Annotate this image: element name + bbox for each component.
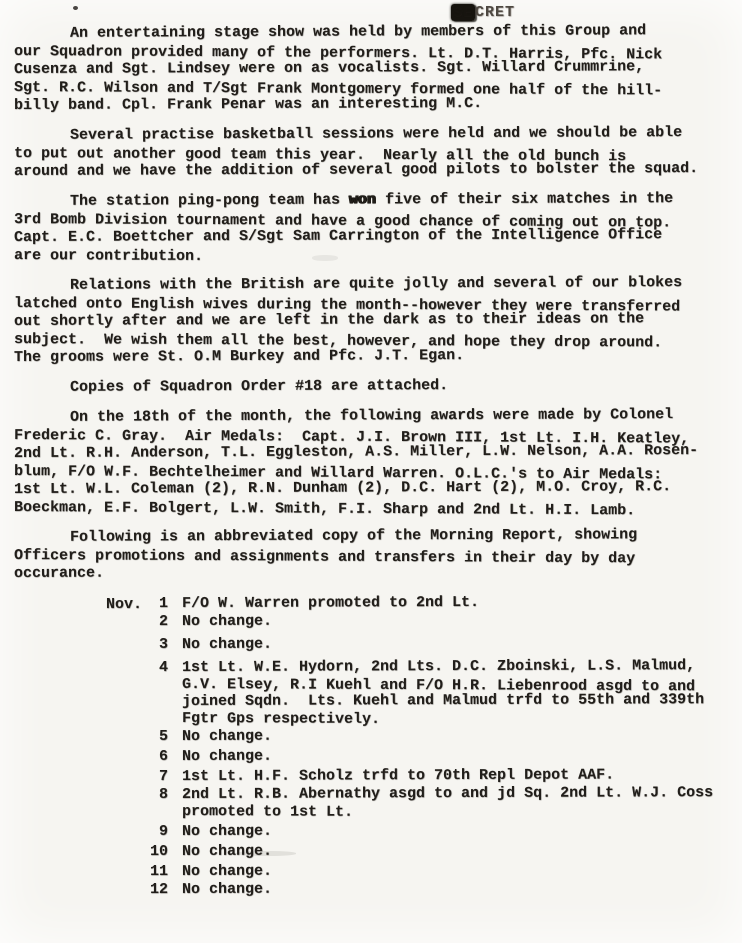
text-line: 1st Lt. W.L. Coleman (2), R.N. Dunham (2… [14,478,734,499]
text-line: 2nd Lt. R.H. Anderson, T.L. Eggleston, A… [14,442,734,463]
day-number: 7 [144,768,168,785]
entry-text: No change. [182,636,272,653]
day-number: 1 [144,595,168,612]
report-entry-day-6: 6 No change. [144,748,734,765]
text-line: On the 18th of the month, the following … [14,406,734,427]
paragraph-stage-show: An entertaining stage show was held by m… [14,25,734,115]
secret-stamp-text: CRET [475,4,515,21]
paragraph-british-relations: Relations with the British are quite jol… [14,277,734,367]
report-entry-day-4: 4 1st Lt. W.E. Hydorn, 2nd Lts. D.C. Zbo… [144,659,734,727]
text-line: out shortly after and we are left in the… [14,310,734,331]
entry-text: No change. [182,728,272,745]
text-line: Boeckman, E.F. Bolgert, L.W. Smith, F.I.… [14,499,734,521]
day-number: 11 [144,863,168,880]
entry-text: 1st Lt. H.F. Scholz trfd to 70th Repl De… [182,768,614,785]
entry-text: No change. [182,823,272,840]
text-line: Following is an abbreviated copy of the … [14,526,734,547]
text-line: F/O W. Warren promoted to 2nd Lt. [182,594,479,612]
report-entry-day-8: 8 2nd Lt. R.B. Abernathy asgd to and jd … [144,786,734,820]
report-entry-day-1: 1 F/O W. Warren promoted to 2nd Lt. [144,595,734,612]
report-entry-day-7: 7 1st Lt. H.F. Scholz trfd to 70th Repl … [144,768,734,785]
day-number: 9 [144,823,168,840]
text-line: joined Sqdn. Lts. Kuehl and Malmud trfd … [182,691,704,710]
ink-speck [73,6,78,10]
text-line: are our contribution. [14,247,734,269]
morning-report-list: Nov. 1 F/O W. Warren promoted to 2nd Lt.… [14,595,734,898]
day-number: 12 [144,881,168,898]
entry-text: 1st Lt. W.E. Hydorn, 2nd Lts. D.C. Zboin… [182,659,704,727]
document-page: SECRET An entertaining stage show was he… [0,0,742,943]
entry-text: No change. [182,843,272,860]
text-line: An entertaining stage show was held by m… [14,22,734,43]
day-number: 6 [144,748,168,765]
paragraph-ping-pong: The station ping-pong team has won five … [14,193,734,265]
report-entry-day-5: 5 No change. [144,728,734,745]
text-line: Relations with the British are quite jol… [14,274,734,295]
day-number: 3 [144,636,168,653]
text-line: No change. [182,863,272,880]
secret-stamp-obscured: SE [451,4,475,21]
text-line: No change. [182,636,272,653]
text-segment: The station ping-pong team has [70,192,349,210]
text-line: Capt. E.C. Boettcher and S/Sgt Sam Carri… [14,226,734,247]
entry-text: No change. [182,748,272,765]
text-line: 1st Lt. H.F. Scholz trfd to 70th Repl De… [182,766,614,785]
month-label: Nov. [106,596,142,613]
paragraph-awards: On the 18th of the month, the following … [14,409,734,517]
text-line: Cusenza and Sgt. Lindsey were on as voca… [14,58,734,79]
text-line: The station ping-pong team has won five … [14,190,734,211]
paragraph-squadron-order: Copies of Squadron Order #18 are attache… [14,379,734,397]
text-line: No change. [182,728,272,745]
entry-text: No change. [182,863,272,880]
day-number: 8 [144,786,168,820]
text-line: 2nd Lt. R.B. Abernathy asgd to and jd Sq… [182,784,713,803]
text-line: No change. [182,748,272,765]
day-number: 5 [144,728,168,745]
entry-text: 2nd Lt. R.B. Abernathy asgd to and jd Sq… [182,786,713,820]
entry-text: No change. [182,613,272,630]
text-line: No change. [182,881,272,898]
secret-stamp: SECRET [451,4,515,22]
document-content: SECRET An entertaining stage show was he… [0,0,742,898]
report-entry-day-12: 12 No change. [144,881,734,898]
text-line: 1st Lt. W.E. Hydorn, 2nd Lts. D.C. Zboin… [182,657,704,676]
paragraph-basketball: Several practise basketball sessions wer… [14,127,734,181]
day-number: 10 [144,843,168,860]
text-line: Fgtr Gps respectively. [182,710,704,729]
text-segment: five of their six matches in the [376,190,673,208]
entry-text: No change. [182,881,272,898]
report-entry-day-11: 11 No change. [144,863,734,880]
overstruck-word: won [349,191,376,208]
text-line: billy band. Cpl. Frank Penar was an inte… [14,94,734,115]
text-line: Copies of Squadron Order #18 are attache… [14,376,734,397]
text-line: No change. [182,823,272,840]
report-entry-day-10: 10 No change. [144,843,734,860]
report-entry-day-9: 9 No change. [144,823,734,840]
text-line: around and we have the addition of sever… [14,160,734,181]
report-entry-day-2: 2 No change. [144,613,734,630]
report-entry-day-3: 3 No change. [144,636,734,653]
text-line: The grooms were St. O.M Burkey and Pfc. … [14,346,734,367]
day-number: 4 [144,659,168,727]
entry-text: F/O W. Warren promoted to 2nd Lt. [182,595,479,612]
text-line: Several practise basketball sessions wer… [14,124,734,145]
text-line: occurance. [14,562,734,583]
day-number: 2 [144,613,168,630]
paragraph-morning-report-intro: Following is an abbreviated copy of the … [14,529,734,583]
text-line: promoted to 1st Lt. [182,803,713,822]
text-line: No change. [182,613,272,630]
text-line: No change. [182,843,272,860]
